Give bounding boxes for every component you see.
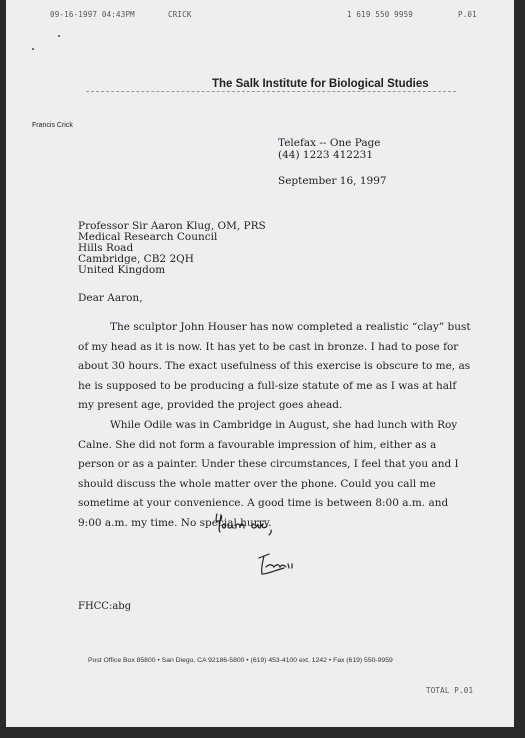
speck-mark <box>32 48 34 50</box>
institution-name: The Salk Institute for Biological Studie… <box>212 78 429 90</box>
reference-initials: FHCC:abg <box>78 601 131 612</box>
fax-number: (44) 1223 412231 <box>278 149 373 161</box>
address-line: United Kingdom <box>78 265 266 276</box>
fax-page-number: P.01 <box>458 10 477 19</box>
speck-mark <box>58 35 60 37</box>
letter-date: September 16, 1997 <box>278 175 387 187</box>
fax-sender: CRICK <box>168 10 192 19</box>
letterhead-rule <box>86 91 456 92</box>
sender-name: Francis Crick <box>32 122 73 129</box>
fax-phone: 1 619 550 9959 <box>347 10 413 19</box>
fax-info-line1: Telefax -- One Page <box>278 137 381 149</box>
handwritten-signature: Yours ever, <box>214 512 314 582</box>
recipient-address: Professor Sir Aaron Klug, OM, PRS Medica… <box>78 221 266 276</box>
footer-address: Post Office Box 85800 • San Diego, CA 92… <box>88 657 393 664</box>
fax-datetime: 09-16-1997 04:43PM <box>50 10 135 19</box>
salutation: Dear Aaron, <box>78 292 143 304</box>
total-pages: TOTAL P.01 <box>426 686 473 695</box>
body-paragraph-1: The sculptor John Houser has now complet… <box>78 318 473 416</box>
fax-page: 09-16-1997 04:43PM CRICK 1 619 550 9959 … <box>6 0 514 727</box>
